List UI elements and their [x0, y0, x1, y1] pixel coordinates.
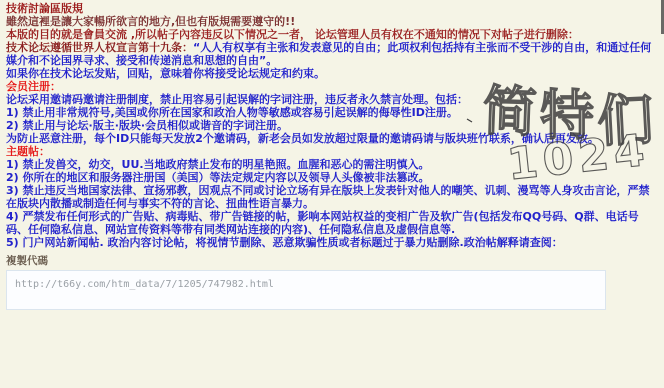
registration-rule-1: 1) 禁止用非常规符号,美国或你所在国家和政治人物等敏感或容易引起误解的侮辱性I…	[6, 106, 658, 119]
forum-rules-page: 技術討論區版規 雖然這裡是讓大家暢所欲言的地方,但也有版規需要遵守的!! 本版的…	[0, 0, 664, 388]
rules-document: 技術討論區版規 雖然這裡是讓大家暢所欲言的地方,但也有版規需要遵守的!! 本版的…	[0, 0, 664, 310]
invite-limit-note: 为防止恶意注册，每个ID只能每天发放2个邀请码，新老会员如发放超过限量的邀请码请…	[6, 132, 658, 145]
board-rules-title: 技術討論區版規	[6, 2, 658, 15]
code-url: http://t66y.com/htm_data/7/1205/747982.h…	[15, 279, 274, 290]
registration-intro: 论坛采用邀请码邀请注册制度，禁止用容易引起误解的字词注册，违反者永久禁言处理。包…	[6, 93, 658, 106]
copy-code-link[interactable]: 複製代碼	[6, 255, 658, 268]
topic-rule-4: 4) 严禁发布任何形式的广告贴、病毒贴、带广告链接的帖，影响本网站权益的变相广告…	[6, 210, 658, 236]
section-title-member-registration: 会员注册：	[6, 80, 658, 93]
acceptance-line: 如果你在技术论坛发贴，回贴，意味着你将接受论坛规定和约束。	[6, 67, 658, 80]
code-box: http://t66y.com/htm_data/7/1205/747982.h…	[6, 270, 606, 310]
registration-rule-2: 2) 禁止用与论坛·版主·版块·会员相似或谐音的字词注册。	[6, 119, 658, 132]
topic-rule-2: 2) 你所在的地区和服务器注册国（美国）等法定规定内容以及领导人头像被非法篡改。	[6, 171, 658, 184]
purpose-line: 本版的目的就是會員交流 ,所以帖子內容违反以下情况之一者， 论坛管理人员有权在不…	[6, 28, 658, 41]
section-title-topic-posts: 主题帖：	[6, 145, 658, 158]
topic-rule-1: 1) 禁止发兽交，幼交，UU.当地政府禁止发布的明星艳照。血腥和恶心的需注明慎入…	[6, 158, 658, 171]
declaration-paragraph: 技术论坛遵循世界人权宣言第十九条：“人人有权享有主张和发表意见的自由；此项权利包…	[6, 41, 658, 67]
topic-rule-5: 5) 门户网站新闻帖. 政治内容讨论帖，将视情节删除、恶意欺骗性质或者标题过于暴…	[6, 236, 658, 249]
declaration-prefix: 技术论坛遵循世界人权宣言第十九条：	[6, 41, 193, 54]
topic-rule-3: 3) 禁止违反当地国家法律、宣扬邪教，因观点不同或讨论立场有异在版块上发表针对他…	[6, 184, 658, 210]
subtitle-line: 雖然這裡是讓大家暢所欲言的地方,但也有版規需要遵守的!!	[6, 15, 658, 28]
